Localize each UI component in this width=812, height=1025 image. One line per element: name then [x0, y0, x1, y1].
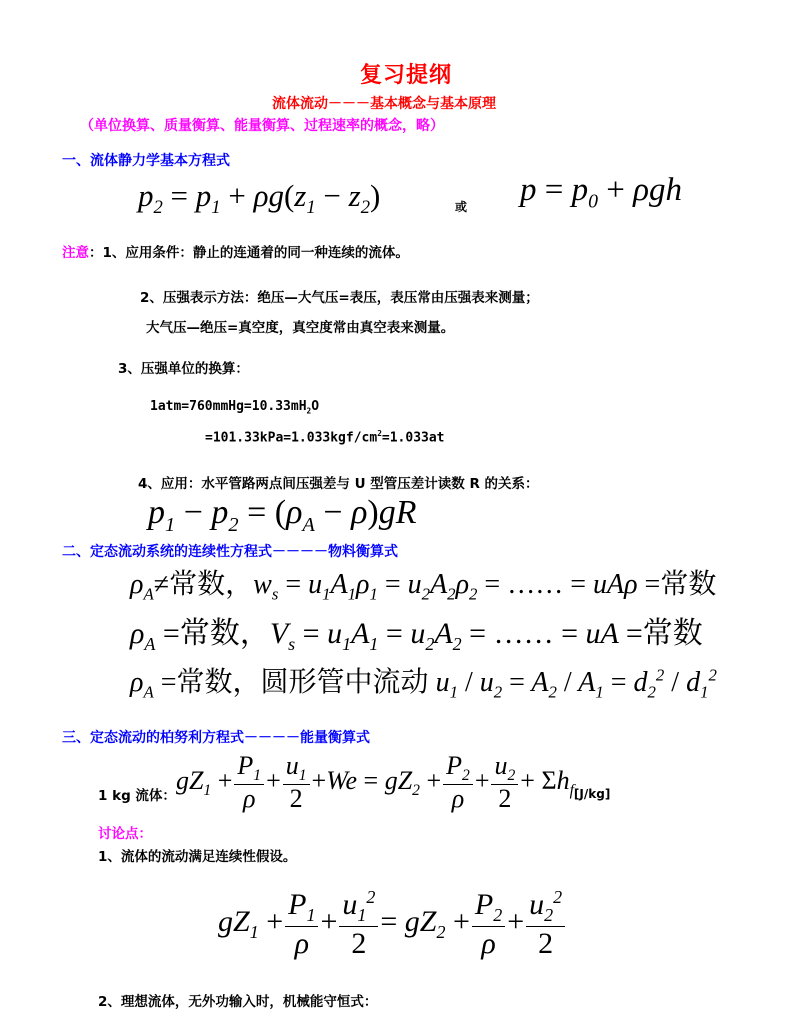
- comma-3: ，: [233, 665, 261, 698]
- bernoulli-equation-row: 1 kg 流体： gZ1 +P1ρ+u12+We = gZ2 +P2ρ+u22+…: [98, 752, 610, 814]
- comma-1: ，: [225, 567, 253, 600]
- discussion-label: 讨论点：: [98, 822, 152, 842]
- const-5: 常数: [177, 665, 233, 698]
- units-label: [J/kg]: [574, 787, 610, 801]
- hydrostatic-equation-2: p = p0 + ρgh: [520, 172, 682, 214]
- or-label: 或: [455, 198, 467, 215]
- const-2: 常数: [660, 567, 716, 600]
- circular-pipe-label: 圆形管中流动: [261, 665, 429, 698]
- const-1: 常数: [169, 567, 225, 600]
- const-4: 常数: [643, 616, 703, 651]
- unit-d: =1.033at: [382, 430, 445, 445]
- scope-note: （单位换算、质量衡算、能量衡算、过程速率的概念，略）: [80, 115, 444, 135]
- continuity-equation-2: ρA =常数，Vs = u1A1 = u2A2 = …… = uA =常数: [130, 608, 703, 655]
- const-3: 常数: [180, 616, 240, 651]
- note-line-1: 注意：1、应用条件：静止的连通着的同一种连续的流体。: [62, 241, 409, 261]
- note-item-1: ：1、应用条件：静止的连通着的同一种连续的流体。: [89, 245, 409, 261]
- unit-a: 1atm=760mmHg=10.33mH: [150, 399, 307, 414]
- item4: 4、应用：水平管路两点间压强差与 U 型管压差计读数 R 的关系：: [138, 472, 539, 492]
- unit-conversion-line2: =101.33kPa=1.033kgf/cm2=1.033at: [205, 429, 445, 445]
- u-tube-equation: p1 − p2 = (ρA − ρ)gR: [148, 494, 417, 537]
- continuity-equation-3: ρA =常数，圆形管中流动 u1 / u2 = A2 / A1 = d22 / …: [130, 660, 717, 703]
- unit-conversion-line1: 1atm=760mmHg=10.33mH2O: [150, 399, 319, 416]
- section3-heading: 三、定态流动的柏努利方程式－－－－能量衡算式: [62, 727, 370, 747]
- section1-heading: 一、流体静力学基本方程式: [62, 150, 230, 170]
- basis-label: 1 kg 流体：: [98, 784, 176, 804]
- note-label: 注意: [62, 245, 89, 261]
- continuity-equation-1: ρA≠常数，ws = u1A1ρ1 = u2A2ρ2 = …… = uAρ =常…: [130, 562, 716, 605]
- section2-heading: 二、定态流动系统的连续性方程式－－－－物料衡算式: [62, 541, 398, 561]
- discussion-point-2: 2、理想流体，无外功输入时，机械能守恒式：: [98, 990, 377, 1010]
- unit-b: O: [311, 399, 319, 414]
- comma-2: ，: [240, 616, 270, 651]
- item2-line2: 大气压—绝压=真空度，真空度常由真空表来测量。: [146, 316, 454, 336]
- discussion-point-1: 1、流体的流动满足连续性假设。: [98, 845, 296, 865]
- energy-conservation-equation: gZ1 +P1ρ+u122= gZ2 +P2ρ+u222: [218, 888, 567, 960]
- subtitle: 流体流动－－－基本概念与基本原理: [272, 93, 496, 113]
- hydrostatic-equation-1: p2 = p1 + ρg(z1 − z2): [138, 178, 380, 219]
- page-title: 复习提纲: [0, 58, 812, 89]
- item2-line1: 2、压强表示方法：绝压—大气压=表压，表压常由压强表来测量；: [140, 286, 539, 306]
- item3: 3、压强单位的换算：: [118, 357, 249, 377]
- unit-c: =101.33kPa=1.033kgf/cm: [205, 430, 377, 445]
- bernoulli-equation: gZ1 +P1ρ+u12+We = gZ2 +P2ρ+u22+ Σhf: [176, 752, 574, 814]
